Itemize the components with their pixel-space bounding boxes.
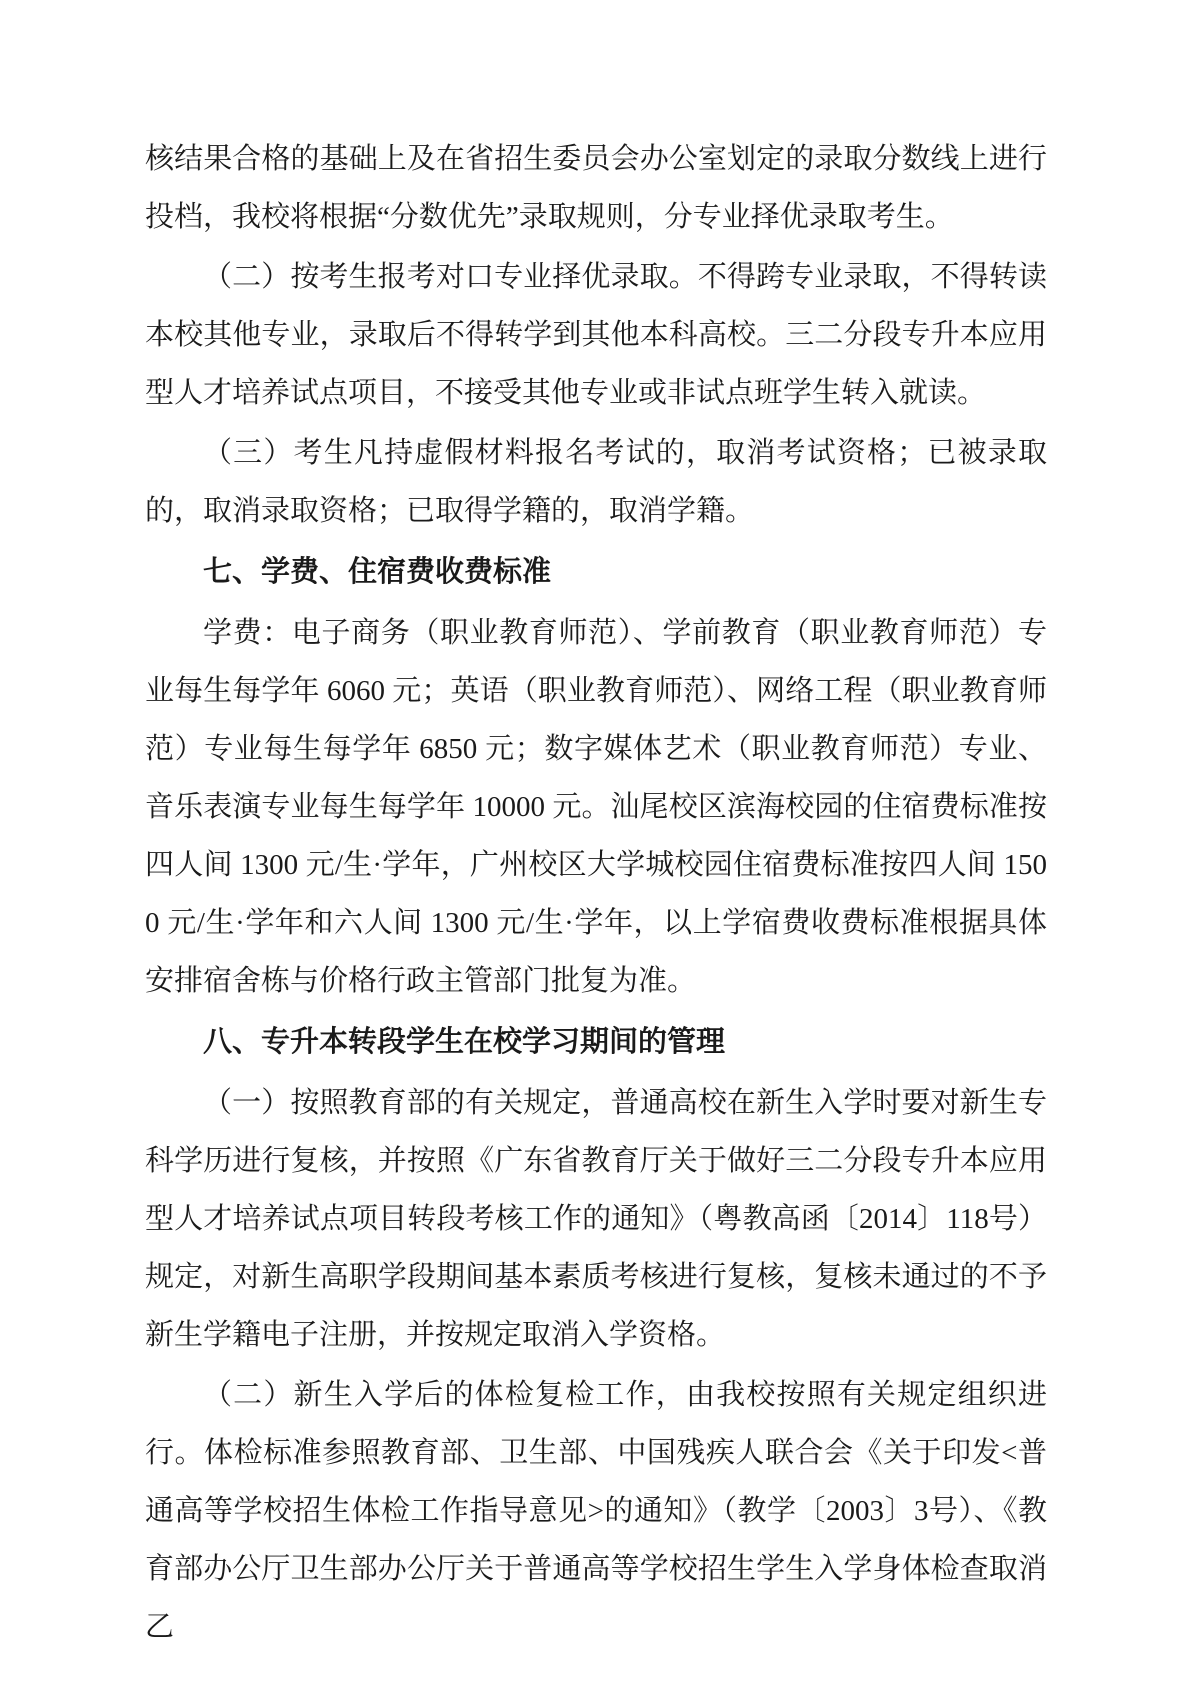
section-heading-7-fees: 七、学费、住宿费收费标准 [145, 543, 1047, 601]
paragraph-item-3: （三）考生凡持虚假材料报名考试的，取消考试资格；已被录取的，取消录取资格；已取得… [145, 424, 1047, 540]
paragraph-item-2: （二）按考生报考对口专业择优录取。不得跨专业录取，不得转读本校其他专业，录取后不… [145, 248, 1047, 422]
section-heading-8-management: 八、专升本转段学生在校学习期间的管理 [145, 1013, 1047, 1071]
document-page: 核结果合格的基础上及在省招生委员会办公室划定的录取分数线上进行投档，我校将根据“… [0, 0, 1191, 1684]
paragraph-continuation: 核结果合格的基础上及在省招生委员会办公室划定的录取分数线上进行投档，我校将根据“… [145, 130, 1047, 246]
paragraph-tuition-fees: 学费：电子商务（职业教育师范）、学前教育（职业教育师范）专业每生每学年 6060… [145, 604, 1047, 1010]
paragraph-enrollment-review: （一）按照教育部的有关规定，普通高校在新生入学时要对新生专科学历进行复核，并按照… [145, 1074, 1047, 1364]
paragraph-physical-exam: （二）新生入学后的体检复检工作，由我校按照有关规定组织进行。体检标准参照教育部、… [145, 1366, 1047, 1656]
